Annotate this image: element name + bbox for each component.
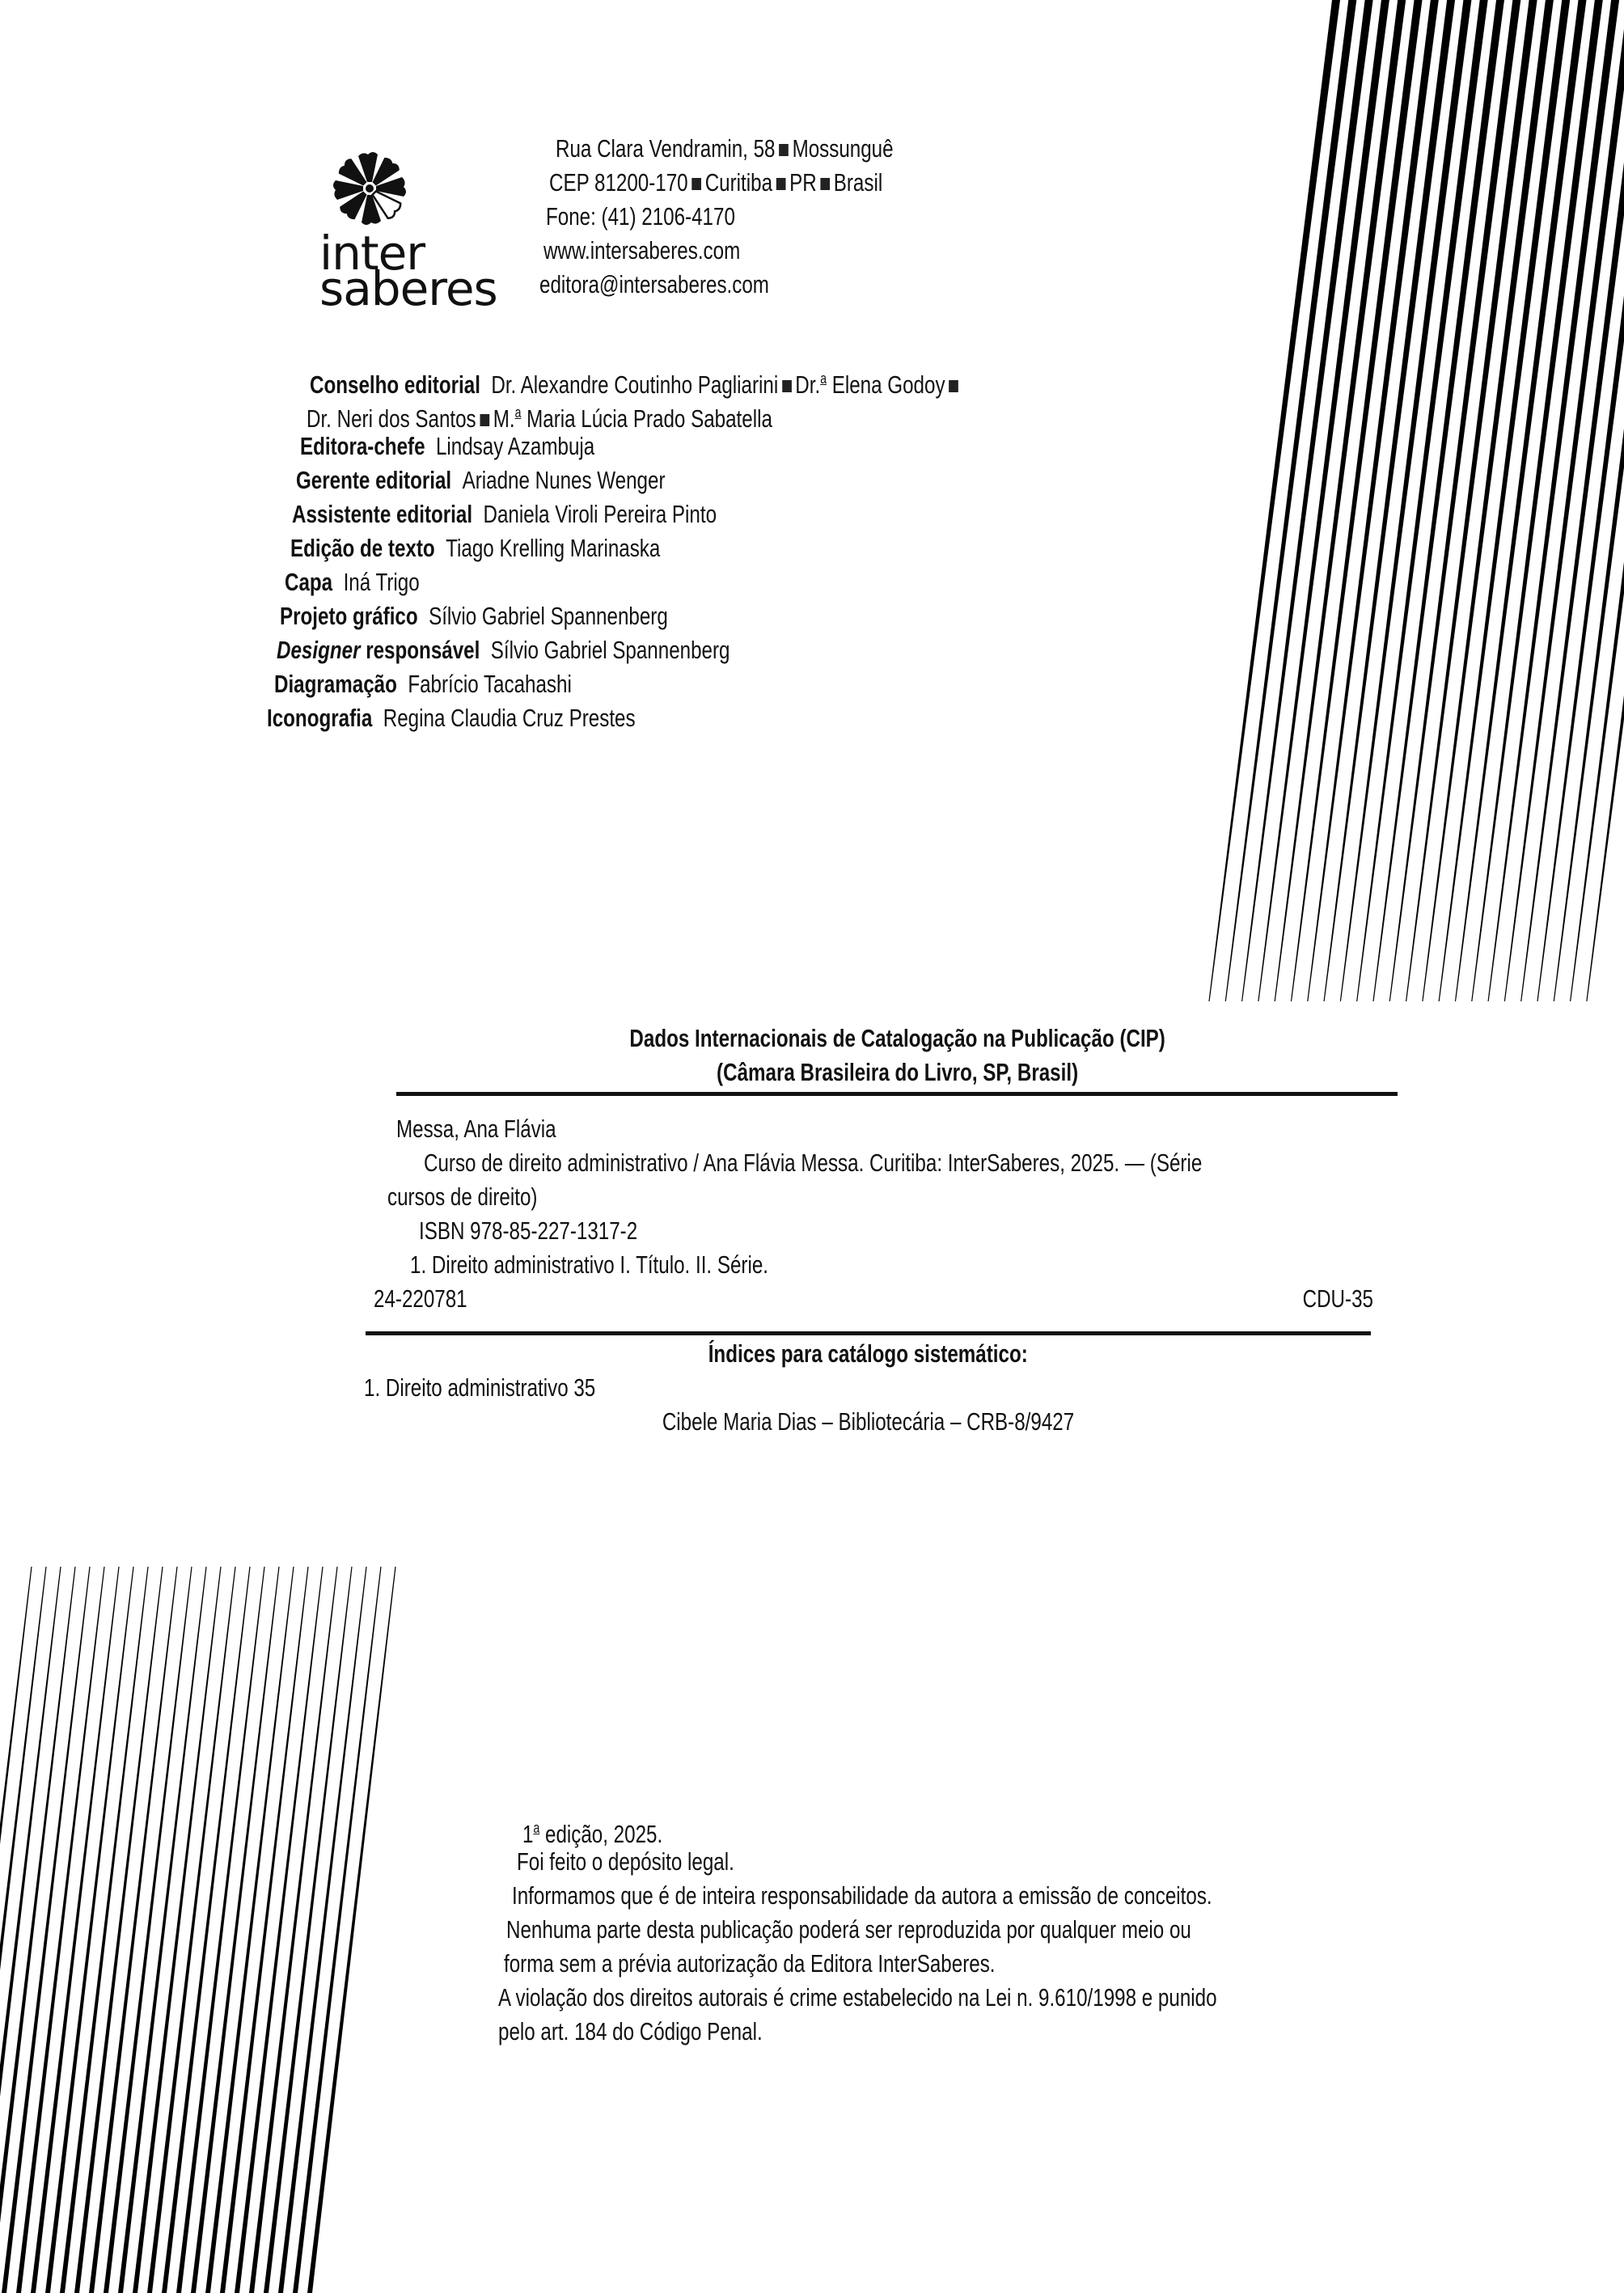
cip-index-item: 1. Direito administrativo 35 [364, 1372, 661, 1404]
edition-text: edição, 2025. [545, 1820, 662, 1848]
cip-description: Curso de direito administrativo / Ana Fl… [424, 1147, 1422, 1179]
separator-square [776, 178, 786, 190]
separator-square [779, 144, 789, 156]
cip-cdu: CDU-35 [1132, 1283, 1373, 1315]
credit-row: Gerente editorial Ariadne Nunes Wenger [296, 464, 769, 497]
stripes-top-right [1208, 0, 1624, 1001]
credit-label: Projeto gráfico [280, 602, 418, 630]
address-line-1: Rua Clara Vendramin, 58Mossunguê [556, 133, 988, 165]
superscript: a [533, 1820, 539, 1836]
credit-label: Edição de texto [290, 534, 435, 562]
credit-value: Ariadne Nunes Wenger [463, 466, 666, 494]
credit-value: Dr. Neri dos Santos [307, 404, 476, 433]
legal-deposit: Foi feito o depósito legal. [517, 1846, 796, 1878]
separator-square [820, 178, 830, 190]
superscript: a [820, 370, 827, 387]
legal-violation-cont: pelo art. 184 do Código Penal. [498, 2016, 837, 2048]
publisher-logo: inter saberes [319, 150, 497, 307]
credit-value: Regina Claudia Cruz Prestes [383, 704, 636, 732]
credit-conselho: Conselho editorial Dr. Alexandre Coutinh… [310, 362, 1146, 401]
credit-label-italic: Designer [277, 636, 360, 664]
city: Curitiba [705, 168, 772, 197]
credit-row: Diagramação Fabrício Tacahashi [274, 668, 656, 700]
credit-row: Edição de texto Tiago Krelling Marinaska [290, 532, 764, 565]
edition-number: 1 [522, 1820, 533, 1848]
credit-label: Assistente editorial [292, 500, 472, 528]
email-link[interactable]: editora@intersaberes.com [539, 269, 834, 301]
cip-description-cont: cursos de direito) [387, 1181, 580, 1213]
credit-row: Capa Iná Trigo [285, 566, 458, 599]
logo-line2: saberes [319, 271, 497, 307]
credit-value: Elena Godoy [832, 370, 945, 399]
credit-value: Lindsay Azambuja [436, 432, 594, 460]
credit-row: Projeto gráfico Sílvio Gabriel Spannenbe… [280, 600, 777, 632]
credit-label: Conselho editorial [310, 370, 480, 399]
phone: Fone: (41) 2106-4170 [546, 201, 789, 233]
credit-row: Designer responsável Sílvio Gabriel Span… [277, 634, 858, 666]
cip-rule-top [396, 1092, 1398, 1096]
credit-row: Editora-chefe Lindsay Azambuja [300, 430, 678, 463]
credit-value: Dr. Alexandre Coutinho Pagliarini [491, 370, 778, 399]
cip-librarian: Cibele Maria Dias – Bibliotecária – CRB-… [366, 1406, 1371, 1438]
state: PR [789, 168, 817, 197]
credit-value: M. [493, 404, 515, 433]
website-link[interactable]: www.intersaberes.com [543, 235, 796, 267]
credit-row: Assistente editorial Daniela Viroli Pere… [292, 498, 836, 531]
credit-value: Iná Trigo [344, 568, 420, 596]
credit-label: responsável [360, 636, 480, 664]
credit-value: Maria Lúcia Prado Sabatella [527, 404, 772, 433]
flower-icon [319, 150, 408, 235]
credit-value: Sílvio Gabriel Spannenberg [491, 636, 730, 664]
cip-author: Messa, Ana Flávia [396, 1113, 601, 1145]
stripes-bottom-left [0, 1567, 396, 2293]
credit-label: Editora-chefe [300, 432, 425, 460]
cep: CEP 81200-170 [549, 168, 688, 197]
country: Brasil [834, 168, 882, 197]
cip-rule-bottom [366, 1331, 1371, 1335]
legal-violation: A violação dos direitos autorais é crime… [498, 1982, 1419, 2014]
cip-index-title: Índices para catálogo sistemático: [366, 1338, 1371, 1370]
credit-label: Iconografia [267, 704, 372, 732]
credit-value: Daniela Viroli Pereira Pinto [484, 500, 717, 528]
separator-square [949, 380, 958, 392]
legal-responsibility: Informamos que é de inteira responsabili… [512, 1880, 1410, 1912]
credit-value: Sílvio Gabriel Spannenberg [429, 602, 668, 630]
credit-value: Fabrício Tacahashi [408, 670, 572, 698]
district: Mossunguê [793, 134, 894, 163]
legal-reproduction: Nenhuma parte desta publicação poderá se… [506, 1914, 1385, 1946]
credit-label: Gerente editorial [296, 466, 451, 494]
street: Rua Clara Vendramin, 58 [556, 134, 776, 163]
credit-row: Iconografia Regina Claudia Cruz Prestes [267, 702, 739, 734]
credit-label: Diagramação [274, 670, 397, 698]
credit-label: Capa [285, 568, 332, 596]
separator-square [782, 380, 792, 392]
cip-subtitle: (Câmara Brasileira do Livro, SP, Brasil) [396, 1056, 1399, 1089]
legal-edition: 1a edição, 2025. [522, 1812, 702, 1851]
superscript: a [515, 404, 522, 421]
cip-record-number: 24-220781 [374, 1283, 493, 1315]
cip-isbn: ISBN 978-85-227-1317-2 [419, 1215, 699, 1247]
separator-square [480, 414, 489, 426]
credit-conselho-cont: Dr. Neri dos SantosM.a Maria Lúcia Prado… [307, 396, 903, 435]
credit-value: Dr. [795, 370, 820, 399]
separator-square [691, 178, 701, 190]
credit-value: Tiago Krelling Marinaska [446, 534, 660, 562]
cip-title: Dados Internacionais de Catalogação na P… [396, 1022, 1399, 1055]
address-line-2: CEP 81200-170CuritibaPRBrasil [549, 167, 976, 199]
cip-subjects: 1. Direito administrativo I. Título. II.… [410, 1249, 869, 1281]
legal-reproduction-cont: forma sem a prévia autorização da Editor… [504, 1948, 1134, 1980]
